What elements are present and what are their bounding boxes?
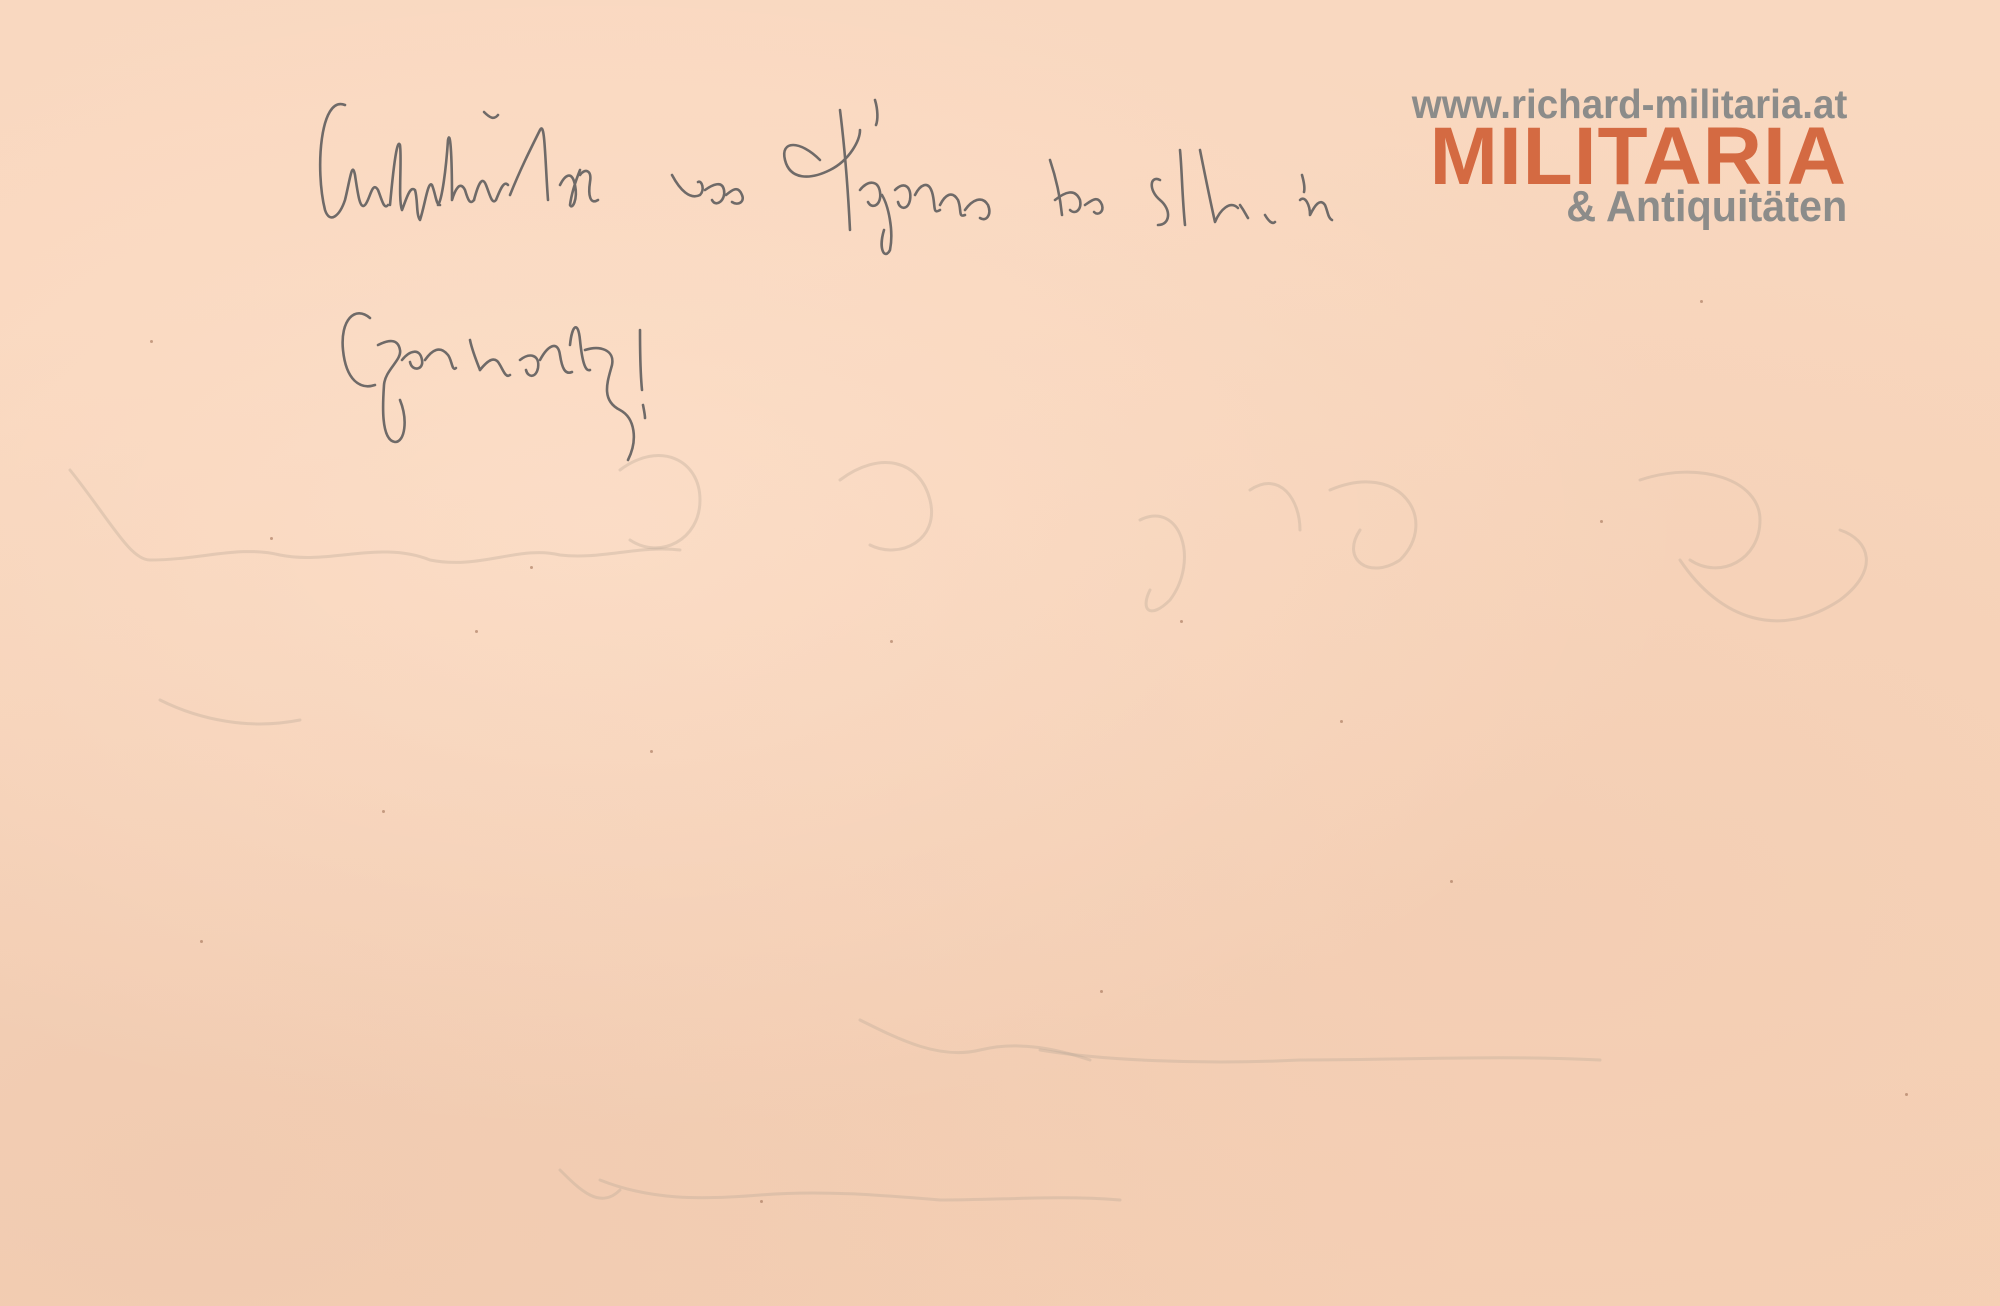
paper-speck — [1700, 300, 1703, 303]
paper-background: Ankunft des Dépôts des Stb. in Czernowit… — [0, 0, 2000, 1306]
paper-speck — [890, 640, 893, 643]
paper-speck — [1100, 990, 1103, 993]
paper-speck — [1180, 620, 1183, 623]
paper-speck — [650, 750, 653, 753]
paper-speck — [475, 630, 478, 633]
paper-speck — [270, 537, 273, 540]
paper-speck — [760, 1200, 763, 1203]
paper-speck — [1905, 1093, 1908, 1096]
watermark-url: www.richard-militaria.at — [1412, 82, 1847, 126]
paper-speck — [200, 940, 203, 943]
paper-speck — [150, 340, 153, 343]
paper-speck — [1340, 720, 1343, 723]
paper-speck — [530, 566, 533, 569]
watermark-brand: MILITARIA — [1384, 124, 1847, 190]
paper-speck — [382, 810, 385, 813]
paper-speck — [1450, 880, 1453, 883]
watermark-subtitle: & Antiquitäten — [1412, 184, 1847, 230]
watermark-logo: www.richard-militaria.at MILITARIA & Ant… — [1384, 82, 1847, 230]
paper-speck — [1600, 520, 1603, 523]
